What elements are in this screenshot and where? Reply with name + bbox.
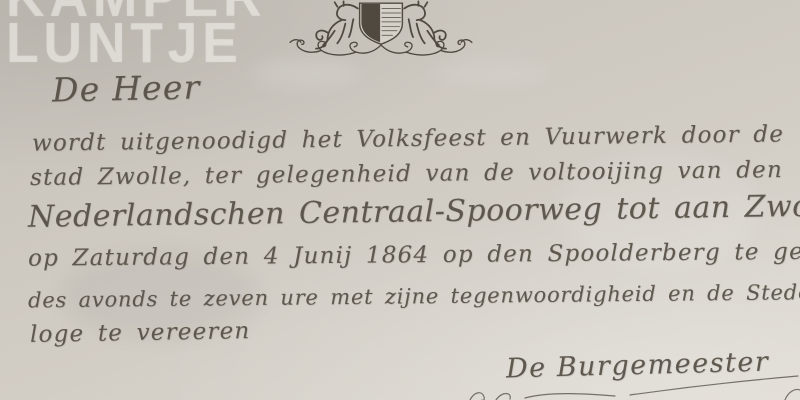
signature-flourish — [430, 368, 800, 400]
paper-mottling — [430, 62, 550, 84]
letter-salutation: De Heer — [52, 70, 201, 106]
letter-line: des avonds te zeven ure met zijne tegenw… — [28, 282, 800, 312]
letter-line: stad Zwolle, ter gelegenheid van de volt… — [30, 159, 783, 190]
letter-line: Nederlandschen Centraal-Spoorweg tot aan… — [28, 191, 800, 233]
letter-line: loge te vereeren — [30, 320, 251, 347]
document-photo: KAMPER LUNTJE — [0, 0, 800, 400]
paper-mottling — [250, 60, 360, 86]
coat-of-arms-icon — [283, 0, 479, 58]
letter-line: wordt uitgenoodigd het Volksfeest en Vuu… — [32, 123, 784, 155]
watermark-line-2: LUNTJE — [6, 20, 266, 66]
photo-watermark: KAMPER LUNTJE — [6, 0, 266, 66]
letter-line: op Zaturdag den 4 Junij 1864 op den Spoo… — [28, 240, 800, 270]
